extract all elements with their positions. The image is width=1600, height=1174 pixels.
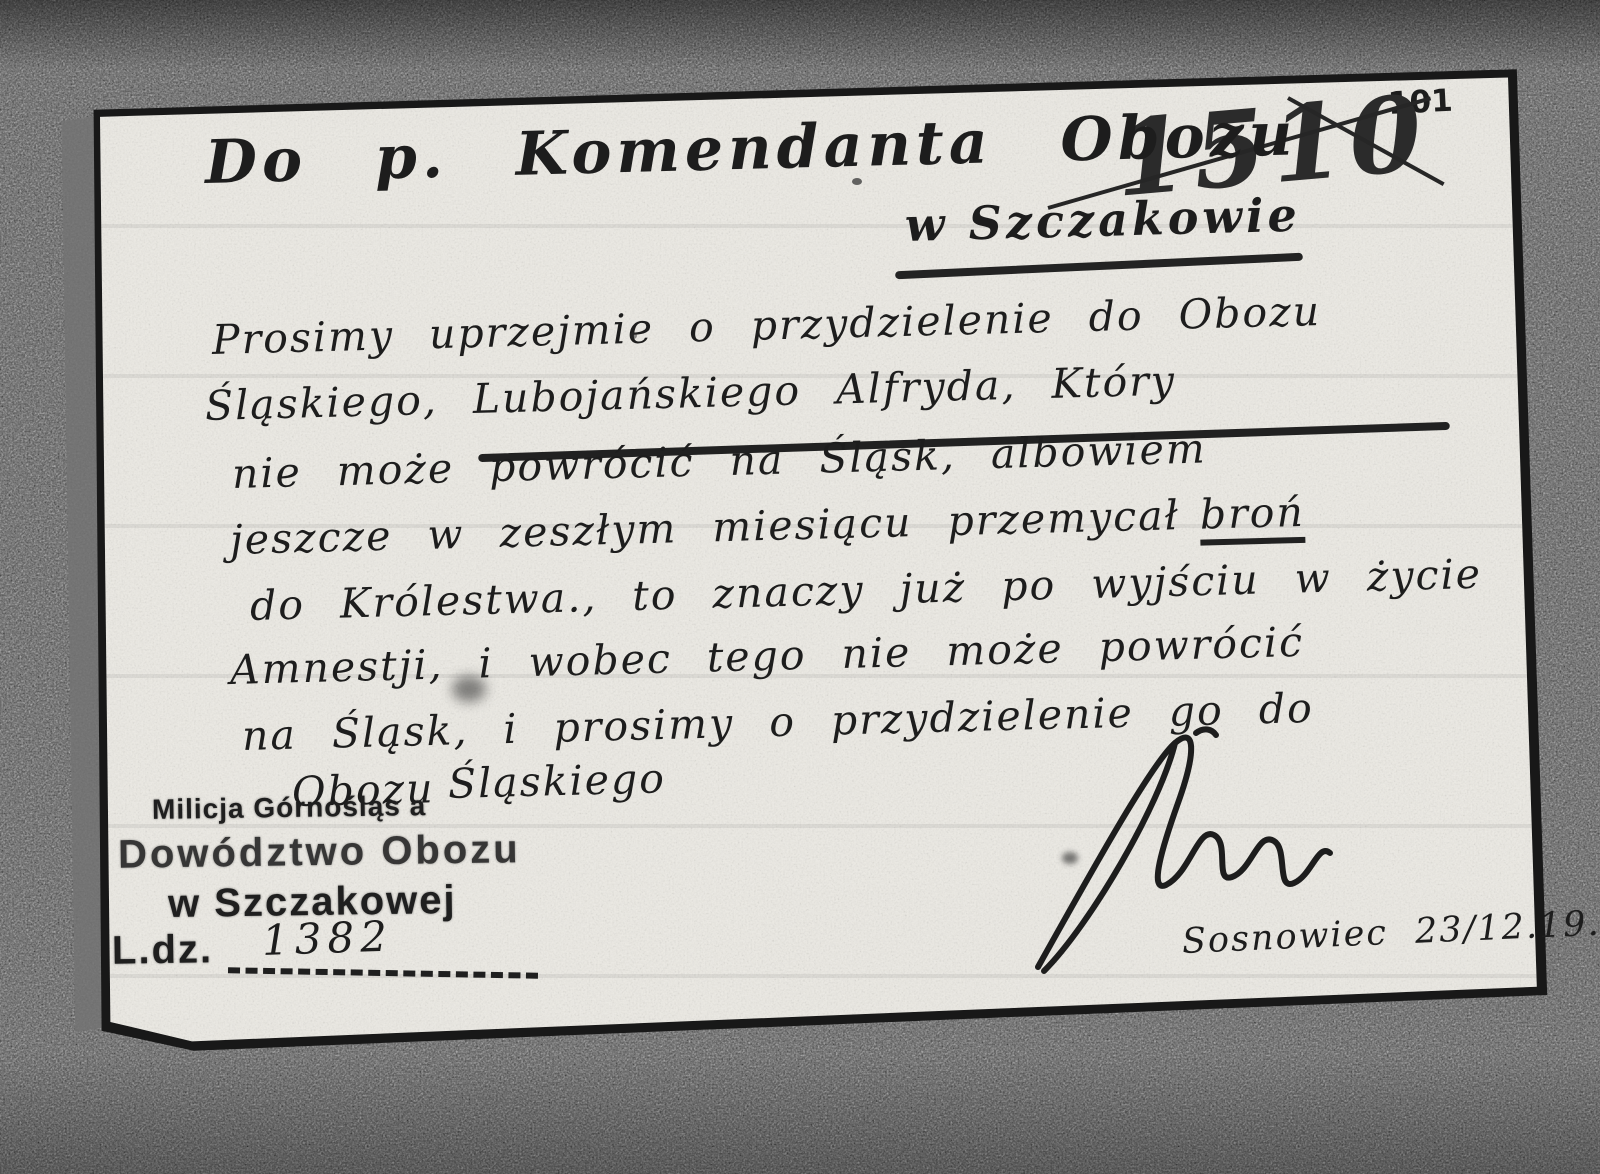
ink-speck [852, 178, 862, 185]
body-line-4-underlined-word: broń [1199, 488, 1305, 546]
ink-speck [1062, 852, 1078, 864]
ldz-number-handwritten: 1382 [261, 911, 394, 965]
ink-smudge [452, 676, 486, 702]
bottom-shadow [0, 1054, 1600, 1174]
ink-speck [630, 332, 637, 339]
body-line-8-word-2: Śląskiego [447, 754, 666, 808]
header-location: w Szczakowie [904, 188, 1301, 252]
top-shadow [0, 0, 1600, 70]
stamp-ldz-label: L.dz. [112, 927, 214, 973]
stamp-militia-line: Milicja Górnośląs a [152, 790, 427, 826]
stamp-command-line: Dowództwo Obozu [118, 827, 521, 878]
